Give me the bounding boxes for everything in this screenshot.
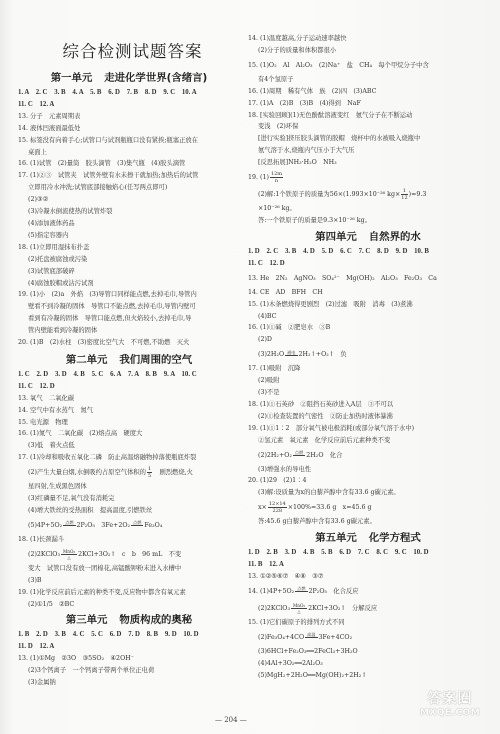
answer-line: 19. (1)12mn	[248, 169, 488, 186]
reaction-condition: 点燃	[131, 520, 143, 530]
watermark-url: MXQE.COM	[410, 708, 490, 718]
answer-line: 变浅 (2)环保	[248, 121, 488, 133]
answer-line: 19. (1)小 (2)a 外焰 (3)导管口同样能点燃,去掉毛巾,导管内	[18, 289, 240, 301]
condition-label: △	[291, 609, 307, 614]
unit-1-number: 第一单元	[51, 72, 93, 84]
answer-line: [反思拓展]NH₃·H₂O NH₃	[248, 157, 488, 169]
answer-page: 综合检测试题答案 第一单元走进化学世界(含绪言) 1. A 2. C 3. B …	[0, 0, 500, 734]
unit-5-number: 第五单元	[315, 532, 357, 544]
answer-text: 19. (1)	[248, 174, 269, 181]
answer-line: 星四射,生成黑色固体	[18, 481, 240, 493]
unit-4-name: 自然界的水	[369, 231, 421, 243]
reaction-condition: MnO₂△	[291, 603, 307, 614]
answer-line: (4)添加液体药品	[18, 218, 240, 230]
answer-line: 答:45.6 g白藜芦醇中含有33.6 g碳元素。	[248, 516, 488, 528]
answer-line: 15. 标签没有向着手心;试管口与试剂瓶瓶口没有紧挨;瓶塞正放在	[18, 135, 240, 147]
answer-line: (2)分子的质量和体积都很小	[248, 45, 488, 57]
fraction-denominator: 5	[147, 473, 152, 479]
equation-text: (2)Fe₃O₄+4CO	[258, 634, 304, 641]
answer-line: 1. A 2. C 3. B 4. A 5. B 6. D 7. B 8. D …	[18, 87, 240, 99]
answer-line: (2)2KClO₃MnO₂△2KCl+3O₂↑ 分解反应	[248, 600, 488, 617]
answer-line: 17. (1)冷却和吸收五氧化二磷 防止高温熔融物掉落使瓶底炸裂	[18, 452, 240, 464]
fraction-numerator: 12×14	[268, 501, 287, 508]
fraction-denominator: n	[270, 178, 283, 184]
answer-line: (4)腐蚀胶帽或沾污试剂	[18, 278, 240, 290]
answer-line: (2)吸附	[248, 375, 488, 387]
answer-line: 答:一个铁原子的质量是9.3×10⁻²⁶ kg。	[248, 215, 488, 227]
answer-line: 20. (1)B (2)水柱 (3)密度比空气大 不可燃,不助燃 灭火	[18, 337, 240, 349]
answer-line: (4)BC	[248, 311, 488, 323]
answer-line: 15. (1)O₂ Al Al₂O₃ (2)Na⁺ 盐 CH₄ 每个甲烷分子中含	[248, 57, 488, 74]
answer-line: 桌面上	[18, 147, 240, 159]
answer-line: 17. (1)吸附 沉降	[248, 363, 488, 375]
fraction-12m-over-n: 12mn	[270, 171, 283, 184]
reaction-condition: 通电	[285, 350, 297, 360]
answer-line: 18. (1)长颈漏斗	[18, 534, 240, 546]
reaction-condition: 高温	[305, 632, 317, 642]
answer-line: (2)Fe₃O₄+4CO高温3Fe+4CO₂	[248, 629, 488, 646]
answer-line: (3)低 着火点低	[18, 440, 240, 452]
fraction-denominator: 228	[268, 508, 287, 514]
answer-line: (2)3个钙离子 一个钙离子带两个单位正电荷	[18, 665, 240, 677]
unit-4-number: 第四单元	[315, 231, 357, 243]
answer-line: 14. (1)4P+5O₂点燃2P₂O₅ 化合反应	[248, 583, 488, 600]
answer-line: 16. (1)①碱 ②肥皂水 ③B	[248, 322, 488, 334]
answer-line: ×10⁻²⁶ kg。	[248, 203, 488, 215]
equation-text: 2P₂O₅ 化合反应	[309, 588, 359, 595]
answer-line: (3)试管底部破碎	[18, 266, 240, 278]
equation-text: 14. (1)4P+5O₂	[248, 588, 294, 595]
page-number: — 204 —	[215, 716, 247, 724]
fraction-one-twelfth: 112	[401, 188, 407, 201]
reaction-condition: 点燃	[293, 450, 305, 460]
equation-text: (2)2KClO₃	[28, 551, 60, 558]
answer-line: (3)增强水的导电性	[248, 464, 488, 476]
answer-line: (2)托盘被腐蚀或污染	[18, 254, 240, 266]
answer-line: 13. (1)①Mg ②3O ③5SO₂ ④2OH⁻	[18, 653, 240, 665]
answer-line: 有4个氢原子	[248, 74, 488, 86]
right-column: 14. (1)温度越高,分子运动速率越快 (2)分子的质量和体积都很小 15. …	[248, 33, 488, 682]
unit-1-title: 第一单元走进化学世界(含绪言)	[18, 70, 240, 87]
equation-text: 2H₂↑+O₂↑ 负	[299, 351, 347, 358]
unit-2-title: 第二单元我们周围的空气	[18, 352, 240, 369]
condition-label: 通电	[285, 350, 297, 356]
equation-text: (2)2KClO₃	[258, 605, 290, 612]
reaction-condition: 点燃	[63, 520, 75, 530]
answer-line: (4)4Al+3O₂══2Al₂O₃	[248, 658, 488, 670]
answer-line: 15. 电光源 物理	[18, 417, 240, 429]
equation-text: 2P₂O₅ 3Fe+2O₂	[77, 522, 130, 529]
unit-3-number: 第三单元	[66, 614, 108, 626]
unit-3-title: 第三单元物质构成的奥秘	[18, 612, 240, 629]
answer-line: 14. 液体凹液面最低处	[18, 123, 240, 135]
answer-line: 立即用冷水冲洗;试管底部接触焰心(任写两点即可)	[18, 182, 240, 194]
answer-line: (2)①检查装置的气密性 ②防止加热时液体暴沸	[248, 411, 488, 423]
answer-line: 15. (1)木条燃烧得更剧烈 (2)过滤 吸附 消毒 (3)煮沸	[248, 299, 488, 311]
answer-text: x×	[258, 504, 267, 511]
fraction-one-fifth: 15	[147, 466, 152, 479]
answer-line: 13. 氧气 二氧化碳	[18, 393, 240, 405]
answer-line: (4)增大铁丝的受热面积 提高温度,引燃铁丝	[18, 505, 240, 517]
answer-line: (3)2H₂O通电2H₂↑+O₂↑ 负	[248, 346, 488, 363]
equation-text: 2KCl+3O₂↑ c b 96 mL 不变	[78, 551, 181, 558]
answer-line: 17. (1)A (2)B (3)B (4)得到 NaF	[248, 98, 488, 110]
answer-text: ×100%=33.6 g x=45.6 g	[288, 504, 372, 511]
answer-line: 13. 分子 元素周期表	[18, 111, 240, 123]
answer-line: 13. He 2N₂ AgNO₃ SO₄²⁻ Mg(OH)₂ Al₂O₃ Fe₂…	[248, 270, 488, 287]
answer-line: 14. CE AD BFH CH	[248, 287, 488, 299]
equation-text: 2KCl+3O₂↑ 分解反应	[308, 605, 377, 612]
answer-line: 1. D 2. B 3. D 4. B 5. B 6. D 7. C 8. C …	[248, 547, 488, 559]
fraction-denominator: 12	[401, 195, 407, 201]
answer-line: 19. (1)①1∶2 部分氧气被电极消耗(或部分氧气溶于水中)	[248, 423, 488, 435]
answer-line: (3)红磷量不足,氧气没有消耗完	[18, 493, 240, 505]
fraction-numerator: 1	[147, 466, 152, 473]
unit-5-name: 化学方程式	[369, 532, 421, 544]
answer-line: 20. (1)29 (2)1∶4	[248, 475, 488, 487]
unit-4-title: 第四单元自然界的水	[248, 229, 488, 246]
unit-1-name: 走进化学世界(含绪言)	[104, 72, 207, 84]
answer-line: 11. C 12. D	[248, 258, 488, 270]
answer-line: (2)①1/5 ②BC	[18, 599, 240, 611]
answer-text: (2)产生大量白烟,水倒吸约占原空气体积的	[28, 469, 146, 476]
watermark-logo: 答案圈 MXQE.COM	[410, 688, 490, 718]
answer-line: (2)2KClO₃MnO₂△2KCl+3O₂↑ c b 96 mL 不变	[18, 546, 240, 563]
left-column: 第一单元走进化学世界(含绪言) 1. A 2. C 3. B 4. A 5. B…	[18, 70, 240, 689]
answer-line: ②氢元素 氧元素 化学反应前后元素种类不变	[248, 435, 488, 447]
answer-line: (3)解:设质量为x的白藜芦醇中含有33.6 g碳元素。	[248, 487, 488, 499]
answer-line: (3)B	[18, 575, 240, 587]
answer-line: 1. C 2. D 3. D 4. B 5. C 6. A 7. A 8. B …	[18, 369, 240, 381]
answer-line: 变大 试管口没有放一团棉花,高锰酸钾粉末进入水槽中	[18, 563, 240, 575]
answer-line: (5)指定容器内	[18, 230, 240, 242]
answer-line: 11. C 12. D	[18, 381, 240, 393]
equation-text: Fe₃O₄	[144, 522, 162, 529]
reaction-condition: 点燃	[295, 586, 307, 596]
equation-text: (5)4P+5O₂	[28, 522, 62, 529]
answer-line: (3)冷凝水倒流使热的试管炸裂	[18, 206, 240, 218]
answer-line: (2)③②	[18, 194, 240, 206]
watermark-text: 答案圈	[410, 688, 490, 708]
answer-line: 11. D 12. A	[18, 641, 240, 653]
answer-line: 管内壁能看到冷凝的固体	[18, 325, 240, 337]
answer-line: 17. (1)②③ 试管夹 试管外壁有水未擦干就加热;加热后的试管	[18, 170, 240, 182]
unit-2-number: 第二单元	[66, 354, 108, 366]
answer-line: 16. (1)氮气 二氧化碳 (2)熔点高 硬度大	[18, 428, 240, 440]
answer-line: (5)MgH₂+2H₂O══Mg(OH)₂+2H₂↑	[248, 670, 488, 682]
answer-line: 看到有冷凝的固体 导管口能点燃,但火焰较小,去掉毛巾,导	[18, 313, 240, 325]
answer-line: (5)4P+5O₂点燃2P₂O₅ 3Fe+2O₂点燃Fe₃O₄	[18, 517, 240, 534]
answer-line: 14. 空气中有水蒸气 氮气	[18, 405, 240, 417]
answer-line: 11. B 12. A	[248, 559, 488, 571]
fraction-numerator: 12m	[270, 171, 283, 178]
answer-line: [进行实验]挤压胶头滴管的胶帽 烧杯中的水被吸入烧瓶中	[248, 133, 488, 145]
answer-line: 1. D 2. C 3. B 4. D 5. D 6. C 7. C 8. D …	[248, 246, 488, 258]
unit-5-title: 第五单元化学方程式	[248, 530, 488, 547]
answer-line: 18. (1)①石英砂 ②阻挡石英砂进入A层 ③不可以	[248, 399, 488, 411]
answer-line: 15. (1)它们碳原子的排列方式不同	[248, 617, 488, 629]
answer-line: (2)2H₂+O₂点燃2H₂O 化合	[248, 447, 488, 464]
answer-line: 壁看不到冷凝的固体 导管口不能点燃,去掉毛巾,导管内壁可	[18, 301, 240, 313]
equation-text: (3)2H₂O	[258, 351, 284, 358]
answer-line: (2)产生大量白烟,水倒吸约占原空气体积的15 剧烈燃烧,火	[18, 464, 240, 481]
fraction-numerator: 1	[401, 188, 407, 195]
answer-line: (3)金属钠	[18, 677, 240, 689]
answer-line: 18. (1)立即用湿抹布扑盖	[18, 242, 240, 254]
answer-line: (2)D	[248, 334, 488, 346]
answer-line: 13. ①②⑤⑥⑦ ④⑧ ③⑦	[248, 571, 488, 583]
unit-2-name: 我们周围的空气	[119, 354, 192, 366]
page-title: 综合检测试题答案	[45, 38, 220, 62]
answer-line: 16. (1)试管 (2)量筒 胶头滴管 (3)集气瓶 (4)胶头滴管	[18, 158, 240, 170]
answer-line: (2)解:1个铁原子的质量为56×(1.993×10⁻²⁶ kg×112)≈9.…	[248, 186, 488, 203]
answer-line: (3)6HCl+Fe₂O₃══2FeCl₃+3H₂O	[248, 646, 488, 658]
answer-line: 19. (1)化学反应前后元素的种类不变,反应物中都含有氧元素	[18, 587, 240, 599]
equation-text: 2H₂O 化合	[306, 452, 342, 459]
answer-line: 氨气溶于水,烧瓶内气压小于大气压	[248, 145, 488, 157]
answer-line: (3)不是	[248, 387, 488, 399]
answer-line: 18. [实验回顾](1)无色酚酞溶液变红 氨气分子在不断运动	[248, 110, 488, 122]
answer-text: 剧烈燃烧,火	[159, 469, 193, 476]
reaction-condition: MnO₂△	[61, 549, 77, 560]
answer-line: x×12×14228×100%=33.6 g x=45.6 g	[248, 499, 488, 516]
equation-text: (2)2H₂+O₂	[258, 452, 292, 459]
condition-label: △	[61, 555, 77, 560]
unit-3-name: 物质构成的奥秘	[119, 614, 192, 626]
answer-line: 16. (1)周期 稀有气体 族 (2)四 (3)ABC	[248, 86, 488, 98]
answer-text: )≈9.3	[409, 191, 427, 198]
answer-text: (2)解:1个铁原子的质量为56×(1.993×10⁻²⁶ kg×	[258, 191, 400, 198]
fraction-carbon-ratio: 12×14228	[268, 501, 287, 514]
answer-line: 14. (1)温度越高,分子运动速率越快	[248, 33, 488, 45]
answer-line: 11. C 12. A	[18, 99, 240, 111]
answer-line: 1. B 2. D 3. B 4. C 5. C 6. D 7. D 8. B …	[18, 629, 240, 641]
equation-text: 3Fe+4CO₂	[319, 634, 353, 641]
